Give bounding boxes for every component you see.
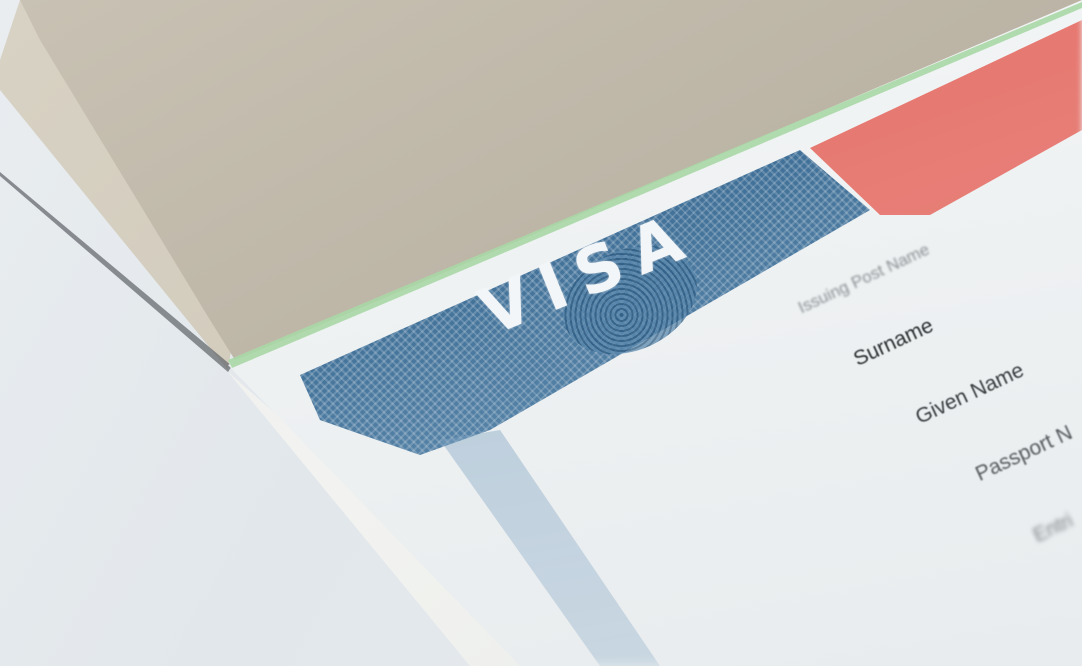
- passport-photo: VISA Issuing Post Name Surname Given Nam…: [0, 0, 1082, 666]
